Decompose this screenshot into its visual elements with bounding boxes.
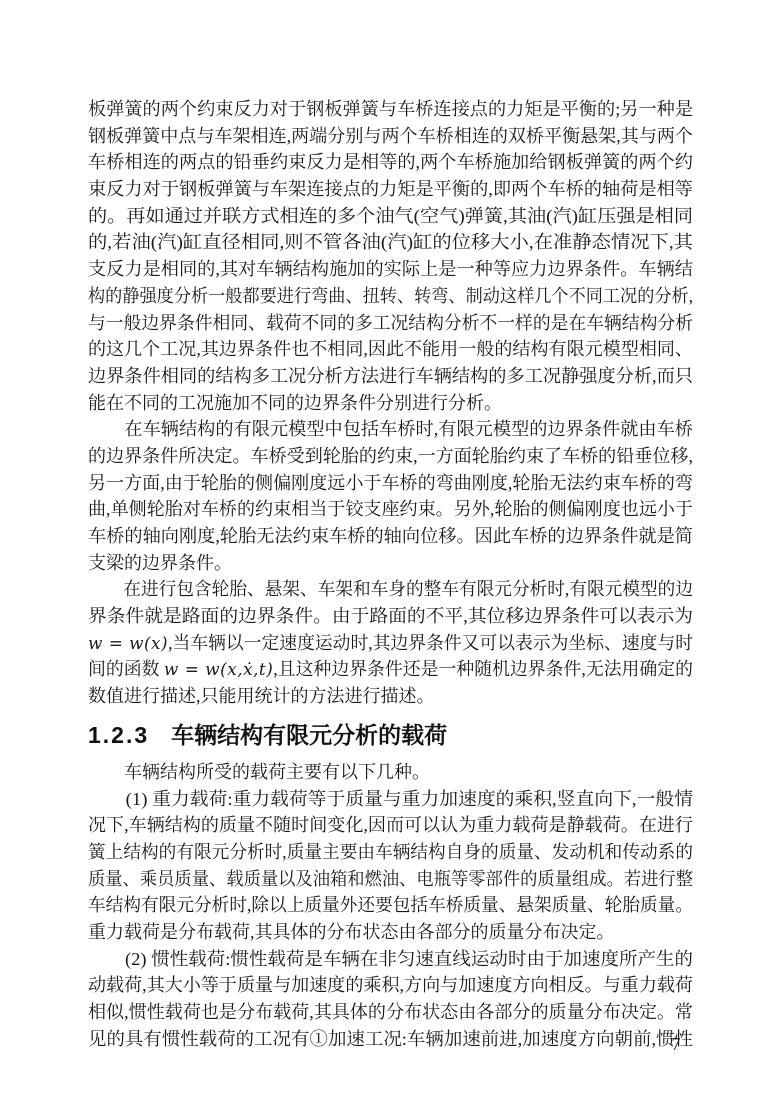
text-line-content: 间的函数 w = w(x,ẋ,t),且这种边界条件还是一种随机边界条件,无法用确… (88, 656, 693, 684)
text-line-content: 在车辆结构的有限元模型中包括车桥时,有限元模型的边界条件就由车桥 (88, 416, 693, 443)
text-segment: 见的具有惯性载荷的工况有①加速工况:车辆加速前进,加速度方向朝前,惯性 (88, 1029, 693, 1049)
math-expression: w = w(x) (88, 634, 168, 654)
text-line-content: 钢板弹簧中点与车架相连,两端分别与两个车桥相连的双桥平衡悬架,其与两个 (88, 123, 693, 150)
text-segment: 重力载荷是分布载荷,其具体的分布状态由各部分的质量分布决定。 (88, 922, 615, 942)
text-line-content: 边界条件相同的结构多工况分析方法进行车辆结构的多工况静强度分析,而只 (88, 363, 693, 390)
text-line: 相似,惯性载荷也是分布载荷,其具体的分布状态由各部分的质量分布决定。常 (88, 999, 693, 1026)
text-segment: 构的静强度分析一般都要进行弯曲、扭转、转弯、制动这样几个不同工况的分析, (88, 286, 693, 306)
text-line-content: 支反力是相同的,其对车辆结构施加的实际上是一种等应力边界条件。车辆结 (88, 256, 693, 283)
paragraph: 在车辆结构的有限元模型中包括车桥时,有限元模型的边界条件就由车桥的边界条件所决定… (88, 416, 693, 576)
text-line: (1) 重力载荷:重力载荷等于质量与重力加速度的乘积,竖直向下,一般情 (88, 786, 693, 813)
text-segment: 束反力对于钢板弹簧与车架连接点的力矩是平衡的,即两个车桥的轴荷是相等 (88, 179, 693, 199)
text-line: 界条件就是路面的边界条件。由于路面的不平,其位移边界条件可以表示为 (88, 603, 693, 630)
text-segment: 界条件就是路面的边界条件。由于路面的不平,其位移边界条件可以表示为 (88, 606, 693, 626)
text-line: 的这几个工况,其边界条件也不相同,因此不能用一般的结构有限元模型相同、 (88, 336, 693, 363)
text-segment: 簧上结构的有限元分析时,质量主要由车辆结构自身的质量、发动机和传动系的 (88, 842, 693, 862)
text-segment: 曲,单侧轮胎对车桥的约束相当于铰支座约束。另外,轮胎的侧偏刚度也远小于 (88, 499, 693, 519)
text-segment: 车桥的轴向刚度,轮胎无法约束车桥的轴向位移。因此车桥的边界条件就是简 (88, 526, 693, 546)
text-line-content: 在进行包含轮胎、悬架、车架和车身的整车有限元分析时,有限元模型的边 (88, 576, 693, 603)
text-segment: 板弹簧的两个约束反力对于钢板弹簧与车桥连接点的力矩是平衡的;另一种是 (88, 99, 693, 119)
text-segment: 与一般边界条件相同、载荷不同的多工况结构分析不一样的是在车辆结构分析 (88, 313, 693, 333)
text-line: 簧上结构的有限元分析时,质量主要由车辆结构自身的质量、发动机和传动系的 (88, 839, 693, 866)
text-line: 的边界条件所决定。车桥受到轮胎的约束,一方面轮胎约束了车桥的铅垂位移, (88, 443, 693, 470)
text-line: 车桥的轴向刚度,轮胎无法约束车桥的轴向位移。因此车桥的边界条件就是简 (88, 523, 693, 550)
paragraph: (1) 重力载荷:重力载荷等于质量与重力加速度的乘积,竖直向下,一般情况下,车辆… (88, 786, 693, 946)
text-line: 况下,车辆结构的质量不随时间变化,因而可以认为重力载荷是静载荷。在进行 (88, 812, 693, 839)
text-segment: 另一方面,由于轮胎的侧偏刚度远小于车桥的弯曲刚度,轮胎无法约束车桥的弯 (88, 473, 693, 493)
text-segment: 能在不同的工况施加不同的边界条件分别进行分析。 (88, 393, 502, 413)
text-line-content: 另一方面,由于轮胎的侧偏刚度远小于车桥的弯曲刚度,轮胎无法约束车桥的弯 (88, 470, 693, 497)
text-line-content: 见的具有惯性载荷的工况有①加速工况:车辆加速前进,加速度方向朝前,惯性 (88, 1026, 693, 1053)
text-line-content: w = w(x),当车辆以一定速度运动时,其边界条件又可以表示为坐标、速度与时 (88, 630, 693, 658)
text-segment: 相似,惯性载荷也是分布载荷,其具体的分布状态由各部分的质量分布决定。常 (88, 1002, 693, 1022)
text-line: 构的静强度分析一般都要进行弯曲、扭转、转弯、制动这样几个不同工况的分析, (88, 283, 693, 310)
paragraph: 板弹簧的两个约束反力对于钢板弹簧与车桥连接点的力矩是平衡的;另一种是钢板弹簧中点… (88, 96, 693, 416)
section-number: 1.2.3 (88, 720, 149, 750)
text-line-content: 车桥相连的两点的铅垂约束反力是相等的,两个车桥施加给钢板弹簧的两个约 (88, 149, 693, 176)
text-line-content: 的。再如通过并联方式相连的多个油气(空气)弹簧,其油(汽)缸压强是相同 (88, 203, 693, 230)
text-segment: (1) 重力载荷:重力载荷等于质量与重力加速度的乘积,竖直向下,一般情 (88, 789, 693, 809)
text-line-content: 车桥的轴向刚度,轮胎无法约束车桥的轴向位移。因此车桥的边界条件就是简 (88, 523, 693, 550)
paragraph: 车辆结构所受的载荷主要有以下几种。 (88, 759, 693, 786)
text-line-content: 能在不同的工况施加不同的边界条件分别进行分析。 (88, 390, 502, 417)
page-number: 7 (652, 1034, 700, 1055)
text-segment: 边界条件相同的结构多工况分析方法进行车辆结构的多工况静强度分析,而只 (88, 366, 693, 386)
text-line: 与一般边界条件相同、载荷不同的多工况结构分析不一样的是在车辆结构分析 (88, 310, 693, 337)
text-segment: 质量、乘员质量、载质量以及油箱和燃油、电瓶等零部件的质量组成。若进行整 (88, 869, 693, 889)
text-line: 支梁的边界条件。 (88, 550, 693, 577)
text-line: 另一方面,由于轮胎的侧偏刚度远小于车桥的弯曲刚度,轮胎无法约束车桥的弯 (88, 470, 693, 497)
text-line-content: 与一般边界条件相同、载荷不同的多工况结构分析不一样的是在车辆结构分析 (88, 310, 693, 337)
text-line: 重力载荷是分布载荷,其具体的分布状态由各部分的质量分布决定。 (88, 919, 693, 946)
text-segment: 车桥相连的两点的铅垂约束反力是相等的,两个车桥施加给钢板弹簧的两个约 (88, 152, 693, 172)
text-segment: 钢板弹簧中点与车架相连,两端分别与两个车桥相连的双桥平衡悬架,其与两个 (88, 126, 693, 146)
text-line: 束反力对于钢板弹簧与车架连接点的力矩是平衡的,即两个车桥的轴荷是相等 (88, 176, 693, 203)
text-line: 支反力是相同的,其对车辆结构施加的实际上是一种等应力边界条件。车辆结 (88, 256, 693, 283)
text-line: 质量、乘员质量、载质量以及油箱和燃油、电瓶等零部件的质量组成。若进行整 (88, 866, 693, 893)
text-line: 钢板弹簧中点与车架相连,两端分别与两个车桥相连的双桥平衡悬架,其与两个 (88, 123, 693, 150)
text-segment: 动载荷,其大小等于质量与加速度的乘积,方向与加速度方向相反。与重力载荷 (88, 975, 693, 995)
text-line-content: 的,若油(汽)缸直径相同,则不管各油(汽)缸的位移大小,在准静态情况下,其 (88, 229, 693, 256)
math-expression: w = w(x,ẋ,t) (164, 660, 273, 680)
text-segment: 支梁的边界条件。 (88, 553, 232, 573)
text-segment: 况下,车辆结构的质量不随时间变化,因而可以认为重力载荷是静载荷。在进行 (88, 815, 693, 835)
text-segment: 的,若油(汽)缸直径相同,则不管各油(汽)缸的位移大小,在准静态情况下,其 (88, 232, 693, 252)
paragraph: (2) 惯性载荷:惯性载荷是车辆在非匀速直线运动时由于加速度所产生的动载荷,其大… (88, 946, 693, 1053)
text-segment: 间的函数 (88, 659, 164, 679)
text-line-content: 簧上结构的有限元分析时,质量主要由车辆结构自身的质量、发动机和传动系的 (88, 839, 693, 866)
text-line-content: 支梁的边界条件。 (88, 550, 232, 577)
text-line: 曲,单侧轮胎对车桥的约束相当于铰支座约束。另外,轮胎的侧偏刚度也远小于 (88, 496, 693, 523)
text-segment: 车结构有限元分析时,除以上质量外还要包括车桥质量、悬架质量、轮胎质量。 (88, 895, 693, 915)
text-segment: 数值进行描述,只能用统计的方法进行描述。 (88, 686, 435, 706)
text-line: 动载荷,其大小等于质量与加速度的乘积,方向与加速度方向相反。与重力载荷 (88, 972, 693, 999)
document-page: 板弹簧的两个约束反力对于钢板弹簧与车桥连接点的力矩是平衡的;另一种是钢板弹簧中点… (0, 0, 777, 1119)
text-segment: ,当车辆以一定速度运动时,其边界条件又可以表示为坐标、速度与时 (168, 633, 693, 653)
text-segment: 的。再如通过并联方式相连的多个油气(空气)弹簧,其油(汽)缸压强是相同 (88, 206, 693, 226)
text-segment: (2) 惯性载荷:惯性载荷是车辆在非匀速直线运动时由于加速度所产生的 (88, 949, 693, 969)
text-line: 能在不同的工况施加不同的边界条件分别进行分析。 (88, 390, 693, 417)
text-line-content: 况下,车辆结构的质量不随时间变化,因而可以认为重力载荷是静载荷。在进行 (88, 812, 693, 839)
text-line-content: 构的静强度分析一般都要进行弯曲、扭转、转弯、制动这样几个不同工况的分析, (88, 283, 693, 310)
text-line-content: 数值进行描述,只能用统计的方法进行描述。 (88, 683, 435, 710)
text-line: 的,若油(汽)缸直径相同,则不管各油(汽)缸的位移大小,在准静态情况下,其 (88, 229, 693, 256)
text-segment: 在进行包含轮胎、悬架、车架和车身的整车有限元分析时,有限元模型的边 (88, 579, 693, 599)
text-line: 车结构有限元分析时,除以上质量外还要包括车桥质量、悬架质量、轮胎质量。 (88, 892, 693, 919)
text-line-content: 质量、乘员质量、载质量以及油箱和燃油、电瓶等零部件的质量组成。若进行整 (88, 866, 693, 893)
text-line-content: 重力载荷是分布载荷,其具体的分布状态由各部分的质量分布决定。 (88, 919, 615, 946)
paragraph: 在进行包含轮胎、悬架、车架和车身的整车有限元分析时,有限元模型的边界条件就是路面… (88, 576, 693, 709)
text-line: w = w(x),当车辆以一定速度运动时,其边界条件又可以表示为坐标、速度与时 (88, 630, 693, 657)
text-segment: 支反力是相同的,其对车辆结构施加的实际上是一种等应力边界条件。车辆结 (88, 259, 693, 279)
text-line-content: (1) 重力载荷:重力载荷等于质量与重力加速度的乘积,竖直向下,一般情 (88, 786, 693, 813)
page-content: 板弹簧的两个约束反力对于钢板弹簧与车桥连接点的力矩是平衡的;另一种是钢板弹簧中点… (88, 96, 693, 1052)
text-line-content: 的边界条件所决定。车桥受到轮胎的约束,一方面轮胎约束了车桥的铅垂位移, (88, 443, 693, 470)
text-line: 的。再如通过并联方式相连的多个油气(空气)弹簧,其油(汽)缸压强是相同 (88, 203, 693, 230)
text-line: 车桥相连的两点的铅垂约束反力是相等的,两个车桥施加给钢板弹簧的两个约 (88, 149, 693, 176)
text-segment: 车辆结构所受的载荷主要有以下几种。 (88, 762, 430, 782)
text-line-content: 曲,单侧轮胎对车桥的约束相当于铰支座约束。另外,轮胎的侧偏刚度也远小于 (88, 496, 693, 523)
text-line: 车辆结构所受的载荷主要有以下几种。 (88, 759, 693, 786)
text-line: 数值进行描述,只能用统计的方法进行描述。 (88, 683, 693, 710)
text-line: 在车辆结构的有限元模型中包括车桥时,有限元模型的边界条件就由车桥 (88, 416, 693, 443)
text-line-content: (2) 惯性载荷:惯性载荷是车辆在非匀速直线运动时由于加速度所产生的 (88, 946, 693, 973)
text-segment: 在车辆结构的有限元模型中包括车桥时,有限元模型的边界条件就由车桥 (88, 419, 693, 439)
text-line-content: 车辆结构所受的载荷主要有以下几种。 (88, 759, 430, 786)
text-line-content: 相似,惯性载荷也是分布载荷,其具体的分布状态由各部分的质量分布决定。常 (88, 999, 693, 1026)
text-line: 板弹簧的两个约束反力对于钢板弹簧与车桥连接点的力矩是平衡的;另一种是 (88, 96, 693, 123)
section-heading: 1.2.3车辆结构有限元分析的载荷 (88, 720, 693, 750)
text-line: 见的具有惯性载荷的工况有①加速工况:车辆加速前进,加速度方向朝前,惯性 (88, 1026, 693, 1053)
text-line-content: 的这几个工况,其边界条件也不相同,因此不能用一般的结构有限元模型相同、 (88, 336, 693, 363)
text-line: 边界条件相同的结构多工况分析方法进行车辆结构的多工况静强度分析,而只 (88, 363, 693, 390)
text-segment: ,且这种边界条件还是一种随机边界条件,无法用确定的 (273, 659, 693, 679)
text-segment: 的这几个工况,其边界条件也不相同,因此不能用一般的结构有限元模型相同、 (88, 339, 693, 359)
text-line: 在进行包含轮胎、悬架、车架和车身的整车有限元分析时,有限元模型的边 (88, 576, 693, 603)
text-line-content: 动载荷,其大小等于质量与加速度的乘积,方向与加速度方向相反。与重力载荷 (88, 972, 693, 999)
text-line-content: 板弹簧的两个约束反力对于钢板弹簧与车桥连接点的力矩是平衡的;另一种是 (88, 96, 693, 123)
text-line-content: 界条件就是路面的边界条件。由于路面的不平,其位移边界条件可以表示为 (88, 603, 693, 630)
section-title: 车辆结构有限元分析的载荷 (171, 722, 447, 748)
text-line-content: 束反力对于钢板弹簧与车架连接点的力矩是平衡的,即两个车桥的轴荷是相等 (88, 176, 693, 203)
text-line: (2) 惯性载荷:惯性载荷是车辆在非匀速直线运动时由于加速度所产生的 (88, 946, 693, 973)
text-line-content: 车结构有限元分析时,除以上质量外还要包括车桥质量、悬架质量、轮胎质量。 (88, 892, 693, 919)
text-segment: 的边界条件所决定。车桥受到轮胎的约束,一方面轮胎约束了车桥的铅垂位移, (88, 446, 693, 466)
text-line: 间的函数 w = w(x,ẋ,t),且这种边界条件还是一种随机边界条件,无法用确… (88, 656, 693, 683)
